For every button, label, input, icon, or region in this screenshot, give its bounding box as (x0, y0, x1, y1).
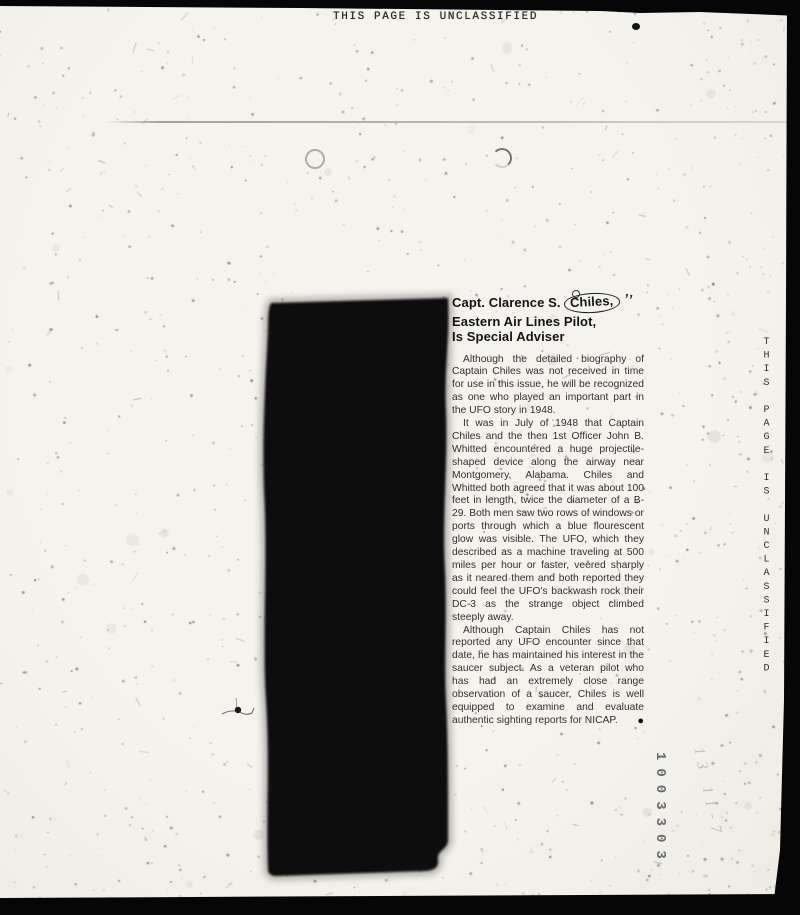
classification-banner-side: THIS PAGE IS UNCLASSIFIED (761, 337, 772, 677)
headline-line-3: Is Special Adviser (452, 329, 644, 345)
pen-circle-mark (572, 290, 580, 298)
scan-noise-texture (0, 0, 800, 915)
newspaper-article: Capt. Clarence S. Chiles, ’’ Eastern Air… (452, 294, 644, 728)
punch-hole-mark (305, 149, 325, 169)
article-headline: Capt. Clarence S. Chiles, ’’ Eastern Air… (452, 294, 644, 345)
article-end-bullet: ● (626, 715, 644, 728)
redaction-black-area (263, 298, 448, 876)
headline-line1-prefix: Capt. Clarence S. (452, 295, 561, 311)
scan-border-bottom (0, 893, 800, 915)
article-paragraph: Although the detailed biography of Capta… (452, 354, 644, 419)
document-number-stamp: 1003303 (652, 752, 668, 867)
handwritten-note: 13 11-7 (689, 746, 725, 842)
ink-scribble (218, 696, 258, 726)
punch-hole-mark (492, 148, 512, 168)
redaction-fuzzy-edge (263, 298, 448, 876)
classification-banner-top: THIS PAGE IS UNCLASSIFIED (333, 11, 538, 23)
article-paragraph: It was in July of 1948 that Captain Chil… (452, 418, 644, 625)
headline-line-2: Eastern Air Lines Pilot, (452, 314, 644, 330)
fold-crease-line (105, 121, 788, 123)
headline-line-1: Capt. Clarence S. Chiles, ’’ (452, 294, 644, 314)
scanned-document-page: THIS PAGE IS UNCLASSIFIED Capt. Clarence… (0, 0, 800, 915)
scan-border-right (768, 0, 800, 915)
article-paragraph: Although Captain Chiles has not reported… (452, 625, 644, 728)
ink-dot (632, 23, 640, 30)
article-body: Although the detailed biography of Capta… (452, 354, 644, 728)
redacted-photo-block (0, 0, 800, 915)
pen-tick-marks: ’’ (622, 291, 634, 308)
